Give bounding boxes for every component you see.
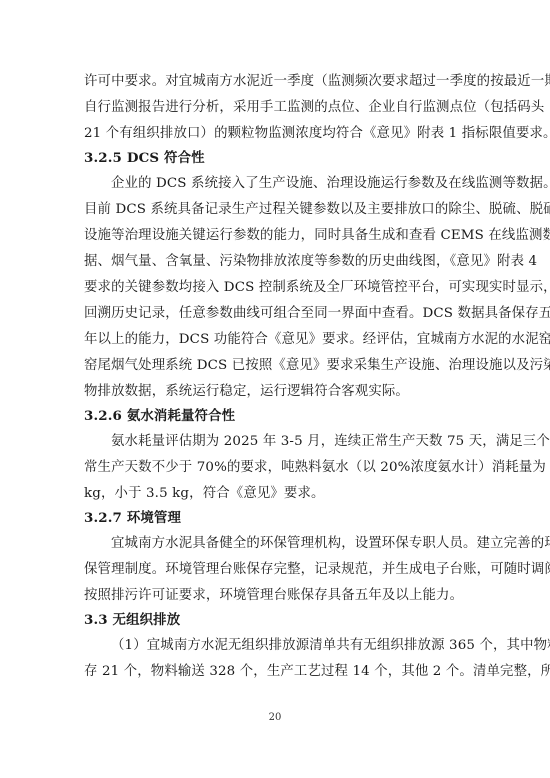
text-line: 物排放数据，系统运行稳定，运行逻辑符合客观实际。 [84, 382, 468, 402]
text-line: 氨水耗量评估期为 2025 年 3-5 月，连续正常生产天数 75 天，满足三个… [84, 432, 468, 452]
page-number: 20 [0, 712, 550, 723]
text-line: 自行监测报告进行分析，采用手工监测的点位、企业自行监测点位（包括码头 [84, 98, 468, 118]
text-line: 按照排污许可证要求，环境管理台账保存具备五年及以上能力。 [84, 586, 468, 606]
text-line: 许可中要求。对宜城南方水泥近一季度（监测频次要求超过一季度的按最近一期） [84, 72, 468, 92]
section-heading-3-3: 3.3 无组织排放 [84, 610, 468, 630]
text-line: 存 21 个，物料输送 328 个，生产工艺过程 14 个，其他 2 个。清单完… [84, 662, 468, 682]
text-line: 21 个有组织排放口）的颗粒物监测浓度均符合《意见》附表 1 指标限值要求。 [84, 124, 468, 144]
text-line: 保管理制度。环境管理台账保存完整，记录规范，并生成电子台账，可随时调阅。 [84, 560, 468, 580]
text-line: 常生产天数不少于 70%的要求，吨熟料氨水（以 20%浓度氨水计）消耗量为 1.… [84, 458, 468, 478]
section-heading-3-2-6: 3.2.6 氨水消耗量符合性 [84, 406, 468, 426]
section-heading-3-2-5: 3.2.5 DCS 符合性 [84, 148, 468, 168]
text-line: 据、烟气量、含氧量、污染物排放浓度等参数的历史曲线图，《意见》附表 4 [84, 252, 468, 272]
text-line: 企业的 DCS 系统接入了生产设施、治理设施运行参数及在线监测等数据。 [84, 174, 468, 194]
text-line: 目前 DCS 系统具备记录生产过程关键参数以及主要排放口的除尘、脱硫、脱硝 [84, 200, 468, 220]
text-line: kg，小于 3.5 kg，符合《意见》要求。 [84, 484, 468, 504]
text-line: 年以上的能力，DCS 功能符合《意见》要求。经评估，宜城南方水泥的水泥窑、 [84, 330, 468, 350]
text-line: 宜城南方水泥具备健全的环保管理机构，设置环保专职人员。建立完善的环 [84, 534, 468, 554]
text-line: 要求的关键参数均接入 DCS 控制系统及全厂环境管控平台，可实现实时显示， [84, 278, 468, 298]
text-line: 设施等治理设施关键运行参数的能力，同时具备生成和查看 CEMS 在线监测数 [84, 226, 468, 246]
text-line: 窑尾烟气处理系统 DCS 已按照《意见》要求采集生产设施、治理设施以及污染 [84, 356, 468, 376]
section-heading-3-2-7: 3.2.7 环境管理 [84, 508, 468, 528]
text-line: （1）宜城南方水泥无组织排放源清单共有无组织排放源 365 个，其中物料储 [84, 636, 468, 656]
text-line: 回溯历史记录，任意参数曲线可组合至同一界面中查看。DCS 数据具备保存五 [84, 304, 468, 324]
